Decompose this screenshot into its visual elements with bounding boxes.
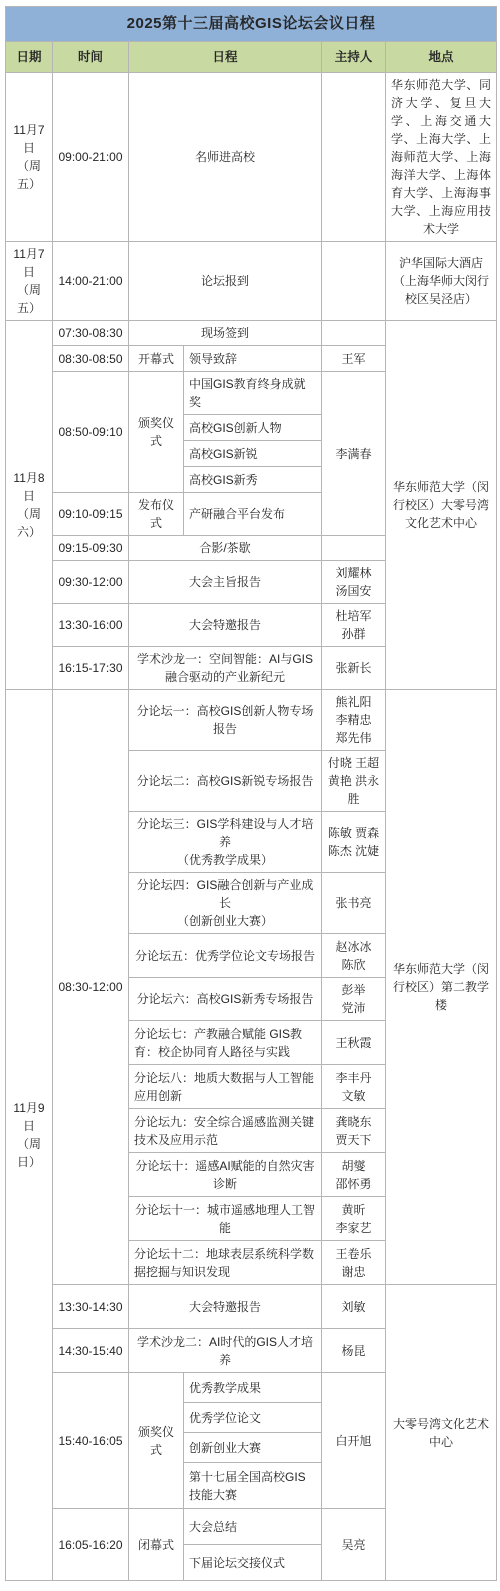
host-cell: 黄昕 李家艺 — [322, 1197, 386, 1241]
location-cell: 华东师范大学（闵行校区）大零号湾文化艺术中心 — [386, 321, 497, 690]
host-cell: 杨昆 — [322, 1329, 386, 1373]
time-cell: 08:30-12:00 — [53, 690, 129, 1285]
schedule-cell: 大会特邀报告 — [129, 604, 322, 647]
schedule-cell: 大会主旨报告 — [129, 561, 322, 604]
schedule-cell: 学术沙龙一：空间智能：AI与GIS融合驱动的产业新纪元 — [129, 647, 322, 690]
table-row: 11月9日 （周日）08:30-12:00分论坛一：高校GIS创新人物专场报告熊… — [6, 690, 497, 751]
item-cell: 产研融合平台发布 — [184, 493, 322, 536]
time-cell: 08:30-08:50 — [53, 346, 129, 372]
column-header-date: 日期 — [6, 42, 53, 73]
schedule-cell: 合影/茶歇 — [129, 536, 322, 561]
time-cell: 16:05-16:20 — [53, 1509, 129, 1581]
item-cell: 中国GIS教育终身成就奖 — [184, 372, 322, 415]
schedule-cell: 大会特邀报告 — [129, 1285, 322, 1329]
ceremony-cell: 发布仪式 — [129, 493, 184, 536]
time-cell: 09:00-21:00 — [53, 73, 129, 242]
page-title: 2025第十三届高校GIS论坛会议日程 — [6, 7, 497, 42]
schedule-body: 11月7日 （周五）09:00-21:00名师进高校华东师范大学、同济大学、复旦… — [6, 73, 497, 1581]
host-cell: 彭举 党沛 — [322, 978, 386, 1021]
host-cell — [322, 73, 386, 242]
host-cell: 吴亮 — [322, 1509, 386, 1581]
host-cell: 张书亮 — [322, 873, 386, 934]
host-cell: 付晓 王超 黄艳 洪永胜 — [322, 751, 386, 812]
column-header-schedule: 日程 — [129, 42, 322, 73]
table-row: 11月7日 （周五）09:00-21:00名师进高校华东师范大学、同济大学、复旦… — [6, 73, 497, 242]
location-cell: 华东师范大学、同济大学、复旦大学、上海交通大学、上海大学、上海师范大学、上海海洋… — [386, 73, 497, 242]
item-cell: 高校GIS新秀 — [184, 467, 322, 493]
time-cell: 14:30-15:40 — [53, 1329, 129, 1373]
date-cell: 11月7日 （周五） — [6, 73, 53, 242]
schedule-cell: 现场签到 — [129, 321, 322, 346]
item-cell: 领导致辞 — [184, 346, 322, 372]
location-cell: 华东师范大学（闵行校区）第二教学楼 — [386, 690, 497, 1285]
schedule-cell: 分论坛一：高校GIS创新人物专场报告 — [129, 690, 322, 751]
schedule-cell: 分论坛八：地质大数据与人工智能应用创新 — [129, 1065, 322, 1109]
host-cell: 刘敏 — [322, 1285, 386, 1329]
ceremony-cell: 闭幕式 — [129, 1509, 184, 1581]
time-cell: 08:50-09:10 — [53, 372, 129, 493]
item-cell: 下届论坛交接仪式 — [184, 1545, 322, 1581]
host-cell: 赵冰冰 陈欣 — [322, 934, 386, 978]
location-cell: 沪华国际大酒店（上海华师大闵行校区吴泾店） — [386, 242, 497, 321]
time-cell: 09:10-09:15 — [53, 493, 129, 536]
item-cell: 高校GIS创新人物 — [184, 415, 322, 441]
item-cell: 优秀教学成果 — [184, 1373, 322, 1403]
ceremony-cell: 颁奖仪式 — [129, 372, 184, 493]
ceremony-cell: 颁奖仪式 — [129, 1373, 184, 1509]
item-cell: 创新创业大赛 — [184, 1433, 322, 1463]
date-cell: 11月7日 （周五） — [6, 242, 53, 321]
time-cell: 15:40-16:05 — [53, 1373, 129, 1509]
time-cell: 16:15-17:30 — [53, 647, 129, 690]
host-cell: 刘耀林 汤国安 — [322, 561, 386, 604]
schedule-cell: 分论坛六：高校GIS新秀专场报告 — [129, 978, 322, 1021]
host-cell: 胡燮 邵怀勇 — [322, 1153, 386, 1197]
time-cell: 09:15-09:30 — [53, 536, 129, 561]
schedule-cell: 名师进高校 — [129, 73, 322, 242]
host-cell: 熊礼阳 李精忠 郑先伟 — [322, 690, 386, 751]
time-cell: 09:30-12:00 — [53, 561, 129, 604]
schedule-cell: 分论坛九：安全综合遥感监测关键技术及应用示范 — [129, 1109, 322, 1153]
host-cell — [322, 536, 386, 561]
date-cell: 11月8日 （周六） — [6, 321, 53, 690]
host-cell: 李丰丹 文敏 — [322, 1065, 386, 1109]
date-cell: 11月9日 （周日） — [6, 690, 53, 1581]
schedule-cell: 分论坛七：产教融合赋能 GIS教育：校企协同育人路径与实践 — [129, 1021, 322, 1065]
item-cell: 高校GIS新锐 — [184, 441, 322, 467]
host-cell: 杜培军 孙群 — [322, 604, 386, 647]
time-cell: 13:30-14:30 — [53, 1285, 129, 1329]
item-cell: 第十七届全国高校GIS技能大赛 — [184, 1463, 322, 1509]
schedule-cell: 分论坛五：优秀学位论文专场报告 — [129, 934, 322, 978]
time-cell: 13:30-16:00 — [53, 604, 129, 647]
host-cell: 白开旭 — [322, 1373, 386, 1509]
host-cell — [322, 242, 386, 321]
host-cell: 陈敏 贾森 陈杰 沈婕 — [322, 812, 386, 873]
column-header-row: 日期 时间 日程 主持人 地点 — [6, 42, 497, 73]
item-cell: 优秀学位论文 — [184, 1403, 322, 1433]
host-cell: 王军 — [322, 346, 386, 372]
title-row: 2025第十三届高校GIS论坛会议日程 — [6, 7, 497, 42]
schedule-cell: 分论坛十二：地球表层系统科学数据挖掘与知识发现 — [129, 1241, 322, 1285]
table-row: 11月7日 （周五）14:00-21:00论坛报到沪华国际大酒店（上海华师大闵行… — [6, 242, 497, 321]
schedule-cell: 分论坛三：GIS学科建设与人才培养 （优秀教学成果） — [129, 812, 322, 873]
table-row: 13:30-14:30大会特邀报告刘敏大零号湾文化艺术中心 — [6, 1285, 497, 1329]
schedule-cell: 分论坛十：遥感AI赋能的自然灾害诊断 — [129, 1153, 322, 1197]
host-cell: 李满春 — [322, 372, 386, 536]
host-cell — [322, 321, 386, 346]
host-cell: 张新长 — [322, 647, 386, 690]
time-cell: 07:30-08:30 — [53, 321, 129, 346]
schedule-cell: 论坛报到 — [129, 242, 322, 321]
host-cell: 龚晓东 贾天下 — [322, 1109, 386, 1153]
item-cell: 大会总结 — [184, 1509, 322, 1545]
schedule-cell: 分论坛四：GIS融合创新与产业成长 （创新创业大赛） — [129, 873, 322, 934]
table-row: 11月8日 （周六）07:30-08:30现场签到华东师范大学（闵行校区）大零号… — [6, 321, 497, 346]
schedule-table: 2025第十三届高校GIS论坛会议日程 日期 时间 日程 主持人 地点 11月7… — [5, 6, 497, 1581]
schedule-cell: 分论坛十一：城市遥感地理人工智能 — [129, 1197, 322, 1241]
column-header-location: 地点 — [386, 42, 497, 73]
schedule-cell: 学术沙龙二：AI时代的GIS人才培养 — [129, 1329, 322, 1373]
schedule-page: 2025第十三届高校GIS论坛会议日程 日期 时间 日程 主持人 地点 11月7… — [0, 0, 500, 1591]
column-header-time: 时间 — [53, 42, 129, 73]
schedule-head: 2025第十三届高校GIS论坛会议日程 日期 时间 日程 主持人 地点 — [6, 7, 497, 73]
host-cell: 王秋霞 — [322, 1021, 386, 1065]
location-cell: 大零号湾文化艺术中心 — [386, 1285, 497, 1581]
schedule-cell: 分论坛二：高校GIS新锐专场报告 — [129, 751, 322, 812]
time-cell: 14:00-21:00 — [53, 242, 129, 321]
column-header-host: 主持人 — [322, 42, 386, 73]
ceremony-cell: 开幕式 — [129, 346, 184, 372]
host-cell: 王卷乐 谢忠 — [322, 1241, 386, 1285]
